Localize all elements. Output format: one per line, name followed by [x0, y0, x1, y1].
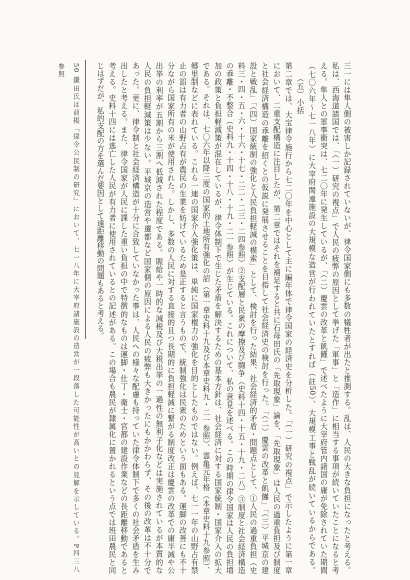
text-column-14: 郷里制などに表れている。これら一連の国家介入強化策は、単純に国家権力の強化を目的…: [189, 62, 201, 574]
text-column-13: である。それは、七〇六年以降三度の国家的土地所有強化の詔（第一章史料十九及び本章…: [200, 62, 212, 574]
text-column-16: 分ながら国家所有の米が使用された。しかし、多数の人民に対する直接的且つ長期的に負…: [165, 62, 177, 574]
text-column-7: において、二重支配構造に注目したが、第二章ではそれを補足すると共に石母田氏の「先…: [271, 62, 283, 574]
footnote-block: 50 鎌田氏は前掲『律令公民制の研究』において、七一八年に大宰府諸施設の造営が一…: [47, 63, 83, 573]
text-column-9: 設と戦乱」「（四）国家統制の強化と人民負担軽減の模索」として、検討を行った結果、…: [247, 62, 259, 574]
text-column-1: 三一には隼人側の被害しか記録されていないが、律令国家側にも多数の犠牲者が出たと推…: [341, 62, 353, 574]
text-column-4: （七〇六年〜七一八年）に大宰府関連施設の大規模な造営が行われていたとすれば（註5…: [306, 62, 318, 574]
text-column-3: える。隼人との軍事衝突は、七二〇年に発生しているが、「（二）慶雲の改革と飢饉」で…: [318, 62, 330, 574]
text-column-19: あった。更に、律令制と社会経済構造が十分に合致していなかった事は、人民への様々な…: [130, 62, 142, 574]
main-text-block: 三一には隼人側の被害しか記録されていないが、律令国家側にも多数の犠牲者が出たと推…: [93, 62, 353, 574]
text-column-15: 止の詔は有力者の山野占有が農民の生業を妨げているため是正すると言うもので、統制強…: [177, 62, 189, 574]
text-column-10: 料三・四・五・六・十六・十七・二二・二三・二四参照）②支配層と民衆の摩擦及び闘争…: [236, 62, 248, 574]
text-column-18: 人民の負担軽減策は少ない。平城京の造営や遷都など国家側の原因による人民の疲弊も大…: [142, 62, 154, 574]
section-heading: （五）小括: [294, 62, 306, 574]
text-column-21: 考える。史料十四には逃亡した人民が有力者に使用されているとの記述がある。この場合…: [106, 62, 118, 574]
footnote-separator-line: [85, 60, 86, 339]
footnote-column-2: 参照: [53, 63, 68, 573]
text-column-20: 出したと考える。また、律令国家が人民に課した重い負担の中で特徴的なものは運脚・仕…: [118, 62, 130, 574]
text-column-6: 第二章では、大宝律令施行から七二〇年を中心として主に編年体で律令国家の経済史を分…: [283, 62, 295, 574]
text-column-12: 加の政策と負担軽減策が混在しているが、律令体制下で生じた矛盾を解決するための基本…: [212, 62, 224, 574]
text-column-2: 私は、西海道諸国では、「（一）研究の視点」で人民の疲弊の原因として挙げた「軍事」…: [330, 62, 342, 574]
text-column-8: と社会経済構造の乖離を招くとの仮説に発展させることを目指して社会経済史の検討を行…: [259, 62, 271, 574]
text-column-11: の乖離・不整合（史料九・十四・十八・十九・二一参照）が生じている。これについて、…: [224, 62, 236, 574]
text-column-17: 出挙の利率が五割から三割へ低減された程度である。賑給や一時的な減税及び大税出挙の…: [153, 62, 165, 574]
document-page: 三一には隼人側の被害しか記録されていないが、律令国家側にも多数の犠牲者が出たと推…: [0, 0, 410, 580]
footnote-column-1: 50 鎌田氏は前掲『律令公民制の研究』において、七一八年に大宰府諸施設の造営が一…: [68, 63, 83, 573]
text-column-22: じはずだが、私的支配の方を選んだ要因として遠距離移動の問題もあると考える。: [95, 62, 107, 574]
